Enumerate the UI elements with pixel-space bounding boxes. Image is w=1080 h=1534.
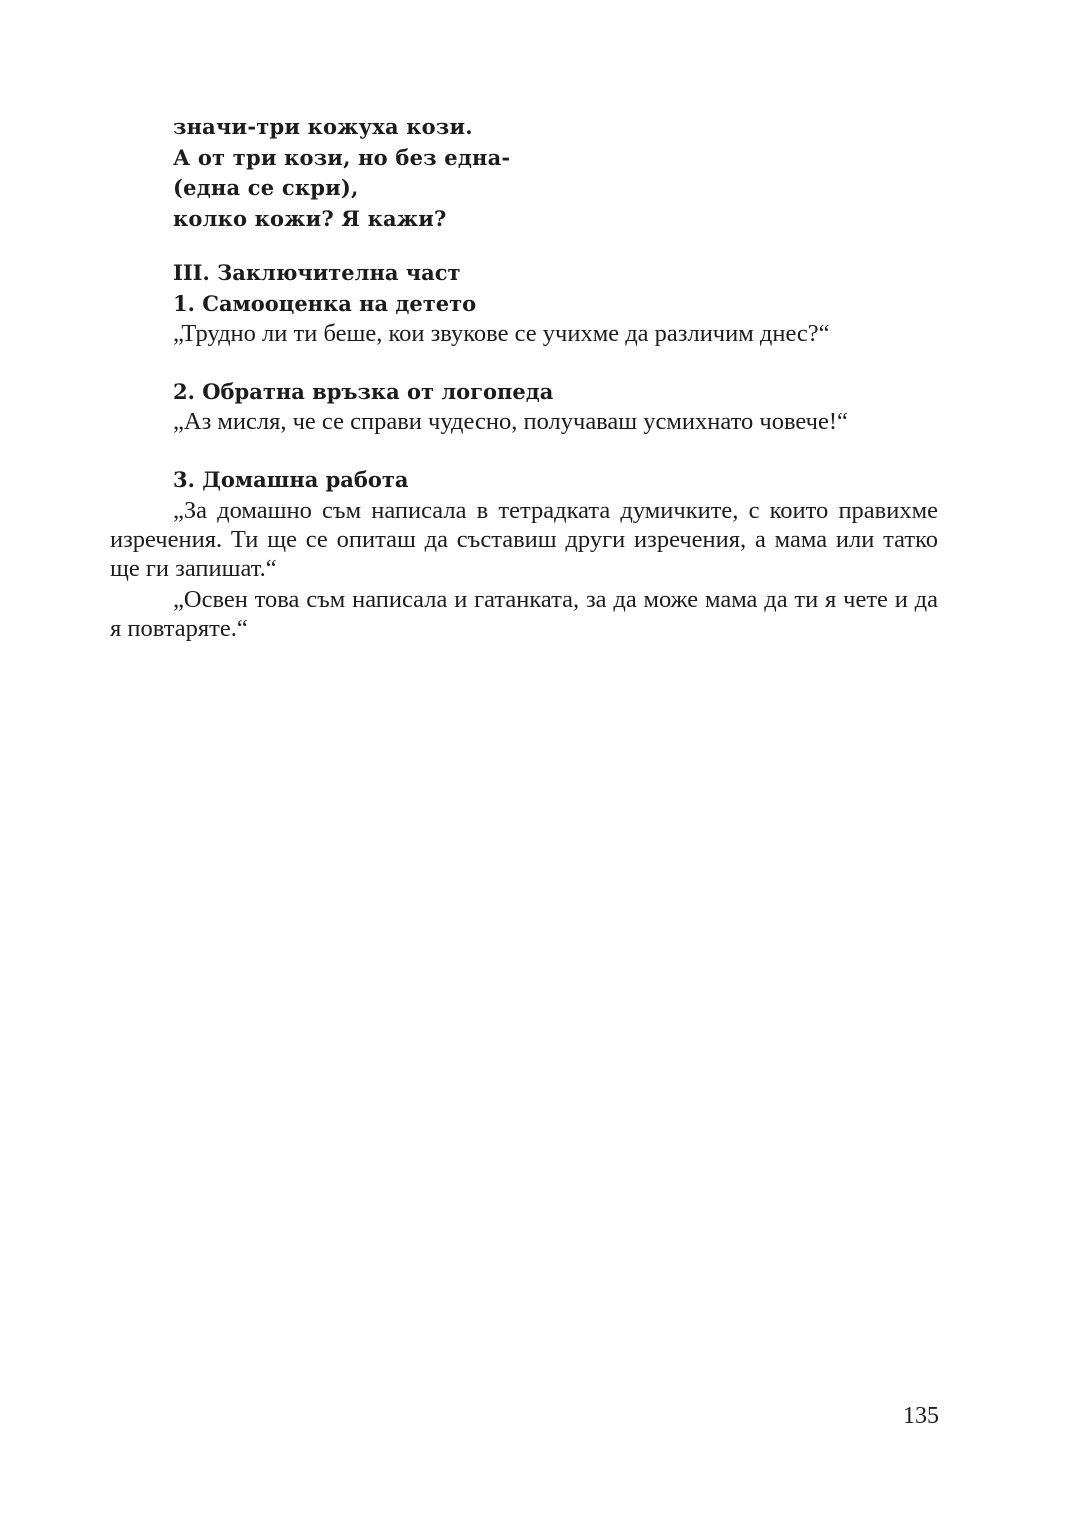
- riddle-verse: значи-три кожуха кози. А от три кози, но…: [173, 112, 510, 234]
- section-title: III. Заключителна част: [173, 260, 461, 285]
- paragraph: „Аз мисля, че се справи чудесно, получав…: [110, 407, 938, 436]
- subheading-feedback: 2. Обратна връзка от логопеда: [173, 379, 553, 404]
- verse-line: колко кожи? Я кажи?: [173, 204, 510, 235]
- paragraph: „Освен това съм написала и гатанката, за…: [110, 585, 938, 643]
- verse-line: (една се скри),: [173, 173, 510, 204]
- subheading-self-assessment: 1. Самооценка на детето: [173, 291, 476, 316]
- paragraph: „Трудно ли ти беше, кои звукове се учихм…: [110, 319, 938, 348]
- verse-line: значи-три кожуха кози.: [173, 112, 510, 143]
- verse-line: А от три кози, но без една-: [173, 143, 510, 174]
- subheading-homework: 3. Домашна работа: [173, 467, 409, 492]
- page-number: 135: [903, 1403, 939, 1430]
- paragraph: „За домашно съм написала в тетрадката ду…: [110, 496, 938, 583]
